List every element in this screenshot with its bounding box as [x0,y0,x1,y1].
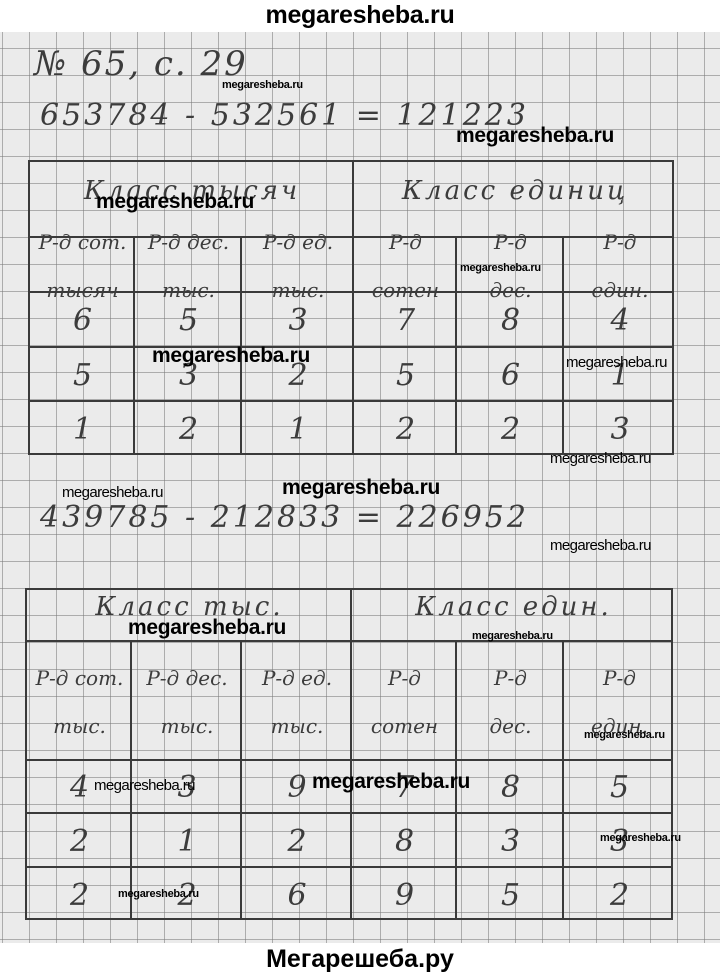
watermark: megaresheba.ru [128,616,286,640]
digit-cell: 6 [457,348,564,402]
column-header-rank: Р-д [603,667,636,689]
column-header: Р-д сот.тыс. [27,642,132,761]
watermark: megaresheba.ru [118,888,199,900]
column-header: Р-д сот.тысяч [30,238,135,293]
watermark: megaresheba.ru [94,777,195,794]
digit-cell: 2 [27,814,132,868]
digit-cell: 2 [457,402,564,457]
digit-cell: 2 [27,868,132,922]
column-header: Р-дсотен [352,642,457,761]
digit-cell: 1 [242,402,354,457]
equation-2: 439785 - 212833 = 226952 [40,500,529,535]
column-header-rank: Р-д ед. [263,231,333,253]
column-header-rank: Р-д ед. [262,667,332,689]
digit-cell: 5 [564,761,675,814]
column-header-unit: тыс. [271,715,324,737]
column-header-rank: Р-д [604,231,637,253]
digit-cell: 2 [242,814,352,868]
site-footer-watermark: Мегарешеба.ру [0,943,720,977]
watermark: megaresheba.ru [62,484,163,501]
site-header-watermark: megaresheba.ru [0,0,720,32]
column-header-rank: Р-д дес. [146,667,227,689]
watermark: megaresheba.ru [456,124,614,148]
watermark: megaresheba.ru [600,832,681,844]
digit-cell: 2 [354,402,457,457]
column-header: Р-дедин. [564,642,675,761]
watermark: megaresheba.ru [584,729,665,741]
column-header: Р-д ед.тыс. [242,642,352,761]
digit-cell: 5 [457,868,564,922]
watermark: megaresheba.ru [472,630,553,642]
exercise-title: № 65, с. 29 [34,44,248,84]
column-header: Р-д ед.тыс. [242,238,354,293]
digit-cell: 5 [135,293,242,348]
column-header: Р-дсотен [354,238,457,293]
column-header-rank: Р-д [494,231,527,253]
column-header-unit: сотен [371,715,438,737]
watermark: megaresheba.ru [550,450,651,467]
digit-cell: 9 [352,868,457,922]
place-value-table-2: Класс тыс.Класс един.Р-д сот.тыс.Р-д дес… [25,588,673,920]
digit-cell: 8 [457,293,564,348]
digit-cell: 4 [564,293,676,348]
digit-cell: 2 [564,868,675,922]
watermark: megaresheba.ru [550,537,651,554]
digit-cell: 1 [132,814,242,868]
column-header-rank: Р-д сот. [39,231,127,253]
watermark: megaresheba.ru [566,354,667,371]
column-header-unit: дес. [489,715,531,737]
class-header: Класс един. [352,590,675,624]
column-header-rank: Р-д [388,667,421,689]
digit-cell: 6 [242,868,352,922]
digit-cell: 1 [30,402,135,457]
column-header-unit: тыс. [161,715,214,737]
digit-cell: 3 [564,402,676,457]
watermark: megaresheba.ru [96,190,254,214]
watermark: megaresheba.ru [312,770,470,794]
digit-cell: 5 [354,348,457,402]
watermark: megaresheba.ru [282,476,440,500]
digit-cell: 8 [457,761,564,814]
digit-cell: 3 [457,814,564,868]
digit-cell: 6 [30,293,135,348]
column-header: Р-д дес.тыс. [132,642,242,761]
watermark: megaresheba.ru [222,79,303,91]
column-header-rank: Р-д [389,231,422,253]
column-header: Р-ддес. [457,642,564,761]
watermark: megaresheba.ru [152,344,310,368]
watermark: megaresheba.ru [460,262,541,274]
column-header: Р-дедин. [564,238,676,293]
digit-cell: 8 [352,814,457,868]
column-header-rank: Р-д сот. [36,667,124,689]
column-header: Р-д дес.тыс. [135,238,242,293]
notebook-page: № 65, с. 29 653784 - 532561 = 121223 439… [0,32,720,943]
class-header: Класс единиц [354,162,676,220]
column-header-unit: тыс. [53,715,106,737]
digit-cell: 5 [30,348,135,402]
digit-cell: 7 [354,293,457,348]
digit-cell: 3 [242,293,354,348]
column-header-rank: Р-д [494,667,527,689]
digit-cell: 2 [135,402,242,457]
column-header-rank: Р-д дес. [148,231,229,253]
